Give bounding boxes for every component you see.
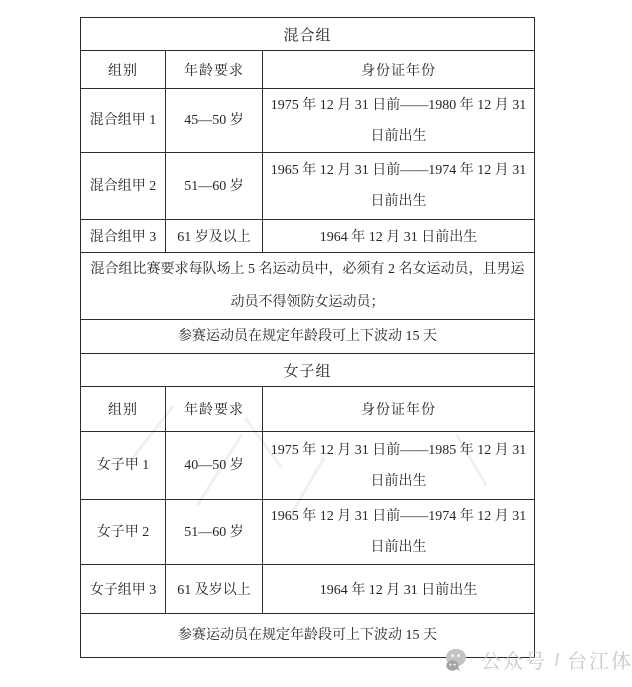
age-requirements-table: 混合组 组别 年龄要求 身份证年份 混合组甲 1 45—50 岁 1975 年 … [80, 17, 535, 658]
section-title-row-women: 女子组 [81, 354, 535, 387]
cell-age: 51—60 岁 [166, 153, 263, 220]
cell-group: 混合组甲 3 [81, 220, 166, 253]
section-title-women: 女子组 [81, 354, 535, 387]
column-header-age: 年龄要求 [166, 51, 263, 89]
cell-age: 61 及岁以上 [166, 565, 263, 614]
cell-age: 61 岁及以上 [166, 220, 263, 253]
cell-id-year: 1965 年 12 月 31 日前——1974 年 12 月 31 日前出生 [263, 153, 535, 220]
cell-group: 混合组甲 1 [81, 89, 166, 153]
footer-account-label: 公众号 [481, 645, 547, 674]
column-header-row-women: 组别 年龄要求 身份证年份 [81, 387, 535, 432]
note-mixed-age-tolerance: 参赛运动员在规定年龄段可上下波动 15 天 [81, 320, 535, 354]
cell-id-year: 1975 年 12 月 31 日前——1985 年 12 月 31 日前出生 [263, 432, 535, 500]
cell-age: 51—60 岁 [166, 500, 263, 565]
cell-id-year: 1964 年 12 月 31 日前出生 [263, 220, 535, 253]
table-row-mixed-3: 混合组甲 3 61 岁及以上 1964 年 12 月 31 日前出生 [81, 220, 535, 253]
column-header-id-year: 身份证年份 [263, 51, 535, 89]
table-row-mixed-1: 混合组甲 1 45—50 岁 1975 年 12 月 31 日前——1980 年… [81, 89, 535, 153]
wechat-icon [444, 648, 472, 672]
age-requirements-table-wrap: 混合组 组别 年龄要求 身份证年份 混合组甲 1 45—50 岁 1975 年 … [80, 17, 535, 658]
column-header-group: 组别 [81, 387, 166, 432]
footer-account-name: 台江体旅 [567, 645, 632, 674]
note-mixed-rule: 混合组比赛要求每队场上 5 名运动员中，必须有 2 名女运动员，且男运动员不得领… [81, 253, 535, 320]
cell-group: 混合组甲 2 [81, 153, 166, 220]
cell-id-year: 1975 年 12 月 31 日前——1980 年 12 月 31 日前出生 [263, 89, 535, 153]
note-row-mixed-1: 混合组比赛要求每队场上 5 名运动员中，必须有 2 名女运动员，且男运动员不得领… [81, 253, 535, 320]
cell-id-year: 1965 年 12 月 31 日前——1974 年 12 月 31 日前出生 [263, 500, 535, 565]
column-header-row-mixed: 组别 年龄要求 身份证年份 [81, 51, 535, 89]
table-row-women-3: 女子组甲 3 61 及岁以上 1964 年 12 月 31 日前出生 [81, 565, 535, 614]
cell-age: 40—50 岁 [166, 432, 263, 500]
section-title-row-mixed: 混合组 [81, 18, 535, 51]
footer-watermark: 公众号 台江体旅 [444, 645, 632, 674]
column-header-id-year: 身份证年份 [263, 387, 535, 432]
table-row-mixed-2: 混合组甲 2 51—60 岁 1965 年 12 月 31 日前——1974 年… [81, 153, 535, 220]
footer-separator [555, 653, 559, 666]
note-row-mixed-2: 参赛运动员在规定年龄段可上下波动 15 天 [81, 320, 535, 354]
cell-id-year: 1964 年 12 月 31 日前出生 [263, 565, 535, 614]
column-header-group: 组别 [81, 51, 166, 89]
cell-age: 45—50 岁 [166, 89, 263, 153]
cell-group: 女子甲 2 [81, 500, 166, 565]
column-header-age: 年龄要求 [166, 387, 263, 432]
cell-group: 女子组甲 3 [81, 565, 166, 614]
table-row-women-2: 女子甲 2 51—60 岁 1965 年 12 月 31 日前——1974 年 … [81, 500, 535, 565]
section-title-mixed: 混合组 [81, 18, 535, 51]
table-row-women-1: 女子甲 1 40—50 岁 1975 年 12 月 31 日前——1985 年 … [81, 432, 535, 500]
cell-group: 女子甲 1 [81, 432, 166, 500]
document-page: 混合组 组别 年龄要求 身份证年份 混合组甲 1 45—50 岁 1975 年 … [0, 0, 632, 687]
